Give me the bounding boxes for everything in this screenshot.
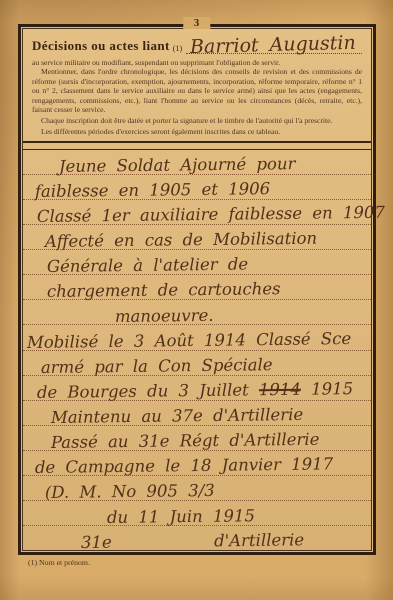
struck-out-year: 1914 [259,379,301,399]
entry-line: Mobilisé le 3 Août 1914 Classé Sce [23,325,371,350]
handwritten-entry: Mobilisé le 3 Août 1914 Classé Sce [27,330,352,352]
entry-line: chargement de cartouches [23,275,371,300]
handwritten-entry: Classé 1er auxiliaire faiblesse en 1907 [37,204,385,226]
entry-text-prefix: de Bourges du 3 Juillet [37,380,259,402]
entry-line: faiblesse en 1905 et 1906 [23,175,371,200]
handwritten-name: Barriot Augustin [186,35,356,55]
header-section: Décisions ou actes liant (1) Barriot Aug… [23,29,371,139]
handwritten-entry: Passé au 31e Régt d'Artillerie [51,430,320,451]
separator-double-rule [23,141,371,150]
title-row: Décisions ou actes liant (1) Barriot Aug… [32,37,362,54]
page-number: 3 [183,17,211,29]
entry-line: Jeune Soldat Ajourné pour [23,150,371,175]
entry-line: 31e d'Artillerie [23,526,371,550]
footnote: (1) Nom et prénom. [28,558,90,567]
handwritten-entry: armé par la Con Spéciale [41,356,273,377]
page-frame-inner: Décisions ou actes liant (1) Barriot Aug… [22,28,372,551]
entry-line: Passé au 31e Régt d'Artillerie [23,426,371,451]
handwritten-entry: du 11 Juin 1915 [107,507,255,527]
handwritten-entry: de Campagne le 18 Janvier 1917 [35,455,334,477]
handwritten-entry: Jeune Soldat Ajourné pour [59,155,296,176]
handwritten-entry: faiblesse en 1905 et 1906 [35,180,270,201]
document-page: 3 Décisions ou actes liant (1) Barriot A… [0,0,393,600]
intro-text: au service militaire ou modifiant, suspe… [32,58,362,67]
entry-line: Affecté en cas de Mobilisation [23,225,371,250]
instructions-paragraph: Mentionner, dans l'ordre chronologique, … [32,67,362,115]
handwritten-entry: chargement de cartouches [47,281,281,302]
entry-line: Maintenu au 37e d'Artillerie [23,401,371,426]
entry-line: manoeuvre. [23,300,371,325]
corrected-year: 1915 [301,379,353,399]
entry-line: Générale à l'atelier de [23,250,371,275]
handwritten-entry: 31e d'Artillerie [81,531,304,552]
entry-line: (D. M. No 905 3/3 [23,476,371,501]
handwritten-entry: Générale à l'atelier de [47,256,248,276]
entry-line: du 11 Juin 1915 [23,501,371,526]
handwritten-entry: (D. M. No 905 3/3 [45,482,215,502]
section-title: Décisions ou actes liant [32,38,170,54]
entry-line: armé par la Con Spéciale [23,351,371,376]
handwritten-entry: de Bourges du 3 Juillet 1914 1915 [37,380,354,402]
handwritten-entry: Maintenu au 37e d'Artillerie [51,406,304,427]
footnote-ref-marker: (1) [173,44,182,53]
entry-line-corrected-date: de Bourges du 3 Juillet 1914 1915 [23,376,371,401]
name-underline: Barriot Augustin [186,37,362,54]
ruled-entries-area: Jeune Soldat Ajourné pour faiblesse en 1… [23,150,371,550]
entry-line: de Campagne le 18 Janvier 1917 [23,451,371,476]
handwritten-entry: Affecté en cas de Mobilisation [45,230,317,251]
page-frame: Décisions ou actes liant (1) Barriot Aug… [18,24,376,555]
handwritten-entry: manoeuvre. [115,307,214,326]
note-exercise-periods: Les différentes périodes d'exercices ser… [32,127,362,137]
note-dated-signature: Chaque inscription doit être datée et po… [32,116,362,126]
entry-line: Classé 1er auxiliaire faiblesse en 1907 [23,200,371,225]
